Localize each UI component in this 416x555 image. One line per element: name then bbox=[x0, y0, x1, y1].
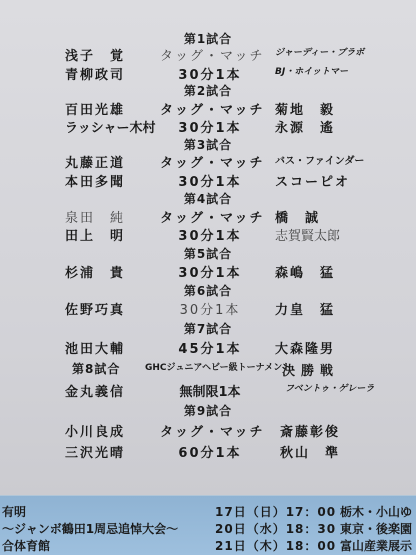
wrestler-right: ジャーディー・ブラボ bbox=[275, 45, 364, 58]
schedule-row-1: 有明 17日（日）17：00 栃木・小山ゆ bbox=[0, 503, 416, 521]
schedule-venue: 栃木・小山ゆ bbox=[340, 503, 412, 520]
wrestler-right: 斎藤彰俊 bbox=[280, 421, 340, 440]
wrestler-left: 佐野巧真 bbox=[65, 299, 125, 318]
match-7-title: 第7試合 bbox=[0, 320, 416, 337]
match-7-row-1: 池田大輔 45分1本 大森隆男 bbox=[0, 338, 416, 360]
match-rule: 30分1本 bbox=[160, 64, 260, 83]
wrestler-right: バス・ファインダー bbox=[275, 152, 364, 167]
wrestler-left: ラッシャー木村 bbox=[65, 117, 155, 136]
schedule-date: 20日（水）18：30 bbox=[215, 520, 336, 537]
wrestler-left: 丸藤正道 bbox=[65, 152, 125, 171]
match-rule: 60分1本 bbox=[160, 442, 260, 461]
match-type: タッグ・マッチ bbox=[160, 99, 260, 118]
wrestler-left: 杉浦 貴 bbox=[65, 262, 125, 281]
match-4-title: 第4試合 bbox=[0, 190, 416, 207]
wrestler-right: 大森隆男 bbox=[275, 338, 335, 357]
wrestler-left: 金丸義信 bbox=[65, 381, 125, 400]
match-type: タッグ・マッチ bbox=[160, 152, 260, 171]
match-5-title: 第5試合 bbox=[0, 245, 416, 262]
schedule-venue: 東京・後楽園 bbox=[340, 520, 412, 537]
wrestler-right: 力皇 猛 bbox=[275, 299, 335, 318]
wrestler-left: 本田多聞 bbox=[65, 171, 125, 190]
wrestler-right: 永源 遙 bbox=[275, 117, 335, 136]
wrestler-left: 浅子 覚 bbox=[65, 45, 125, 64]
wrestler-right: 森嶋 猛 bbox=[275, 262, 335, 281]
wrestler-right: 秋山 準 bbox=[280, 442, 340, 461]
schedule-left-text: 合体育館 bbox=[2, 537, 50, 554]
match-9-title: 第9試合 bbox=[0, 402, 416, 419]
match-rule: 45分1本 bbox=[160, 338, 260, 357]
wrestler-right: BJ・ホイットマー bbox=[275, 64, 348, 77]
match-rule: 無制限1本 bbox=[160, 381, 260, 400]
match-type: タッグ・マッチ bbox=[160, 421, 260, 440]
match-9-row-2: 三沢光晴 60分1本 秋山 準 bbox=[0, 442, 416, 464]
match-2-title: 第2試合 bbox=[0, 82, 416, 99]
match-rule: 30分1本 bbox=[160, 171, 260, 190]
wrestler-right: 菊地 毅 bbox=[275, 99, 335, 118]
match-4-row-2: 田上 明 30分1本 志賀賢太郎 bbox=[0, 225, 416, 247]
wrestler-left: 田上 明 bbox=[65, 225, 125, 244]
tournament-stage: 決勝戦 bbox=[282, 360, 339, 379]
match-8-title: 第8試合 bbox=[72, 360, 120, 377]
schedule-venue: 富山産業展示 bbox=[340, 537, 412, 554]
match-rule: 30分1本 bbox=[160, 117, 260, 136]
match-rule: 30分1本 bbox=[160, 225, 260, 244]
schedule-row-2: ～ジャンボ鶴田1周忌追悼大会～ 20日（水）18：30 東京・後楽園 bbox=[0, 520, 416, 538]
match-rule: 30分1本 bbox=[160, 262, 260, 281]
match-type: タッグ・マッチ bbox=[160, 207, 260, 226]
match-3-title: 第3試合 bbox=[0, 136, 416, 153]
wrestler-left: 百田光雄 bbox=[65, 99, 125, 118]
schedule-left-text: 有明 bbox=[2, 503, 26, 520]
wrestler-left: 三沢光晴 bbox=[65, 442, 125, 461]
match-rule: 30分1本 bbox=[160, 299, 260, 318]
tournament-name: GHCジュニアヘビー級トーナメント bbox=[145, 360, 291, 373]
wrestler-right: フベントゥ・ゲレーラ bbox=[285, 381, 374, 394]
match-card-document: 第1試合 浅子 覚 タッグ・マッチ ジャーディー・ブラボ 青柳政司 30分1本 … bbox=[0, 0, 416, 495]
match-9-row-1: 小川良成 タッグ・マッチ 斎藤彰俊 bbox=[0, 421, 416, 443]
wrestler-left: 池田大輔 bbox=[65, 338, 125, 357]
wrestler-right: 橋 誠 bbox=[275, 207, 320, 226]
match-type: タッグ・マッチ bbox=[160, 45, 260, 64]
wrestler-left: 小川良成 bbox=[65, 421, 125, 440]
schedule-date: 17日（日）17：00 bbox=[215, 503, 336, 520]
wrestler-left: 泉田 純 bbox=[65, 207, 125, 226]
wrestler-right: 志賀賢太郎 bbox=[275, 225, 340, 244]
wrestler-right: スコーピオ bbox=[275, 171, 350, 190]
schedule-row-3: 合体育館 21日（木）18：00 富山産業展示 bbox=[0, 537, 416, 555]
match-8-header: 第8試合 GHCジュニアヘビー級トーナメント 決勝戦 bbox=[0, 360, 416, 382]
match-5-row-1: 杉浦 貴 30分1本 森嶋 猛 bbox=[0, 262, 416, 284]
match-6-title: 第6試合 bbox=[0, 282, 416, 299]
wrestler-left: 青柳政司 bbox=[65, 64, 125, 83]
match-8-row-1: 金丸義信 無制限1本 フベントゥ・ゲレーラ bbox=[0, 381, 416, 403]
schedule-date: 21日（木）18：00 bbox=[215, 537, 336, 554]
schedule-banner: 有明 17日（日）17：00 栃木・小山ゆ ～ジャンボ鶴田1周忌追悼大会～ 20… bbox=[0, 495, 416, 555]
schedule-left-text: ～ジャンボ鶴田1周忌追悼大会～ bbox=[2, 520, 178, 537]
match-6-row-1: 佐野巧真 30分1本 力皇 猛 bbox=[0, 299, 416, 321]
